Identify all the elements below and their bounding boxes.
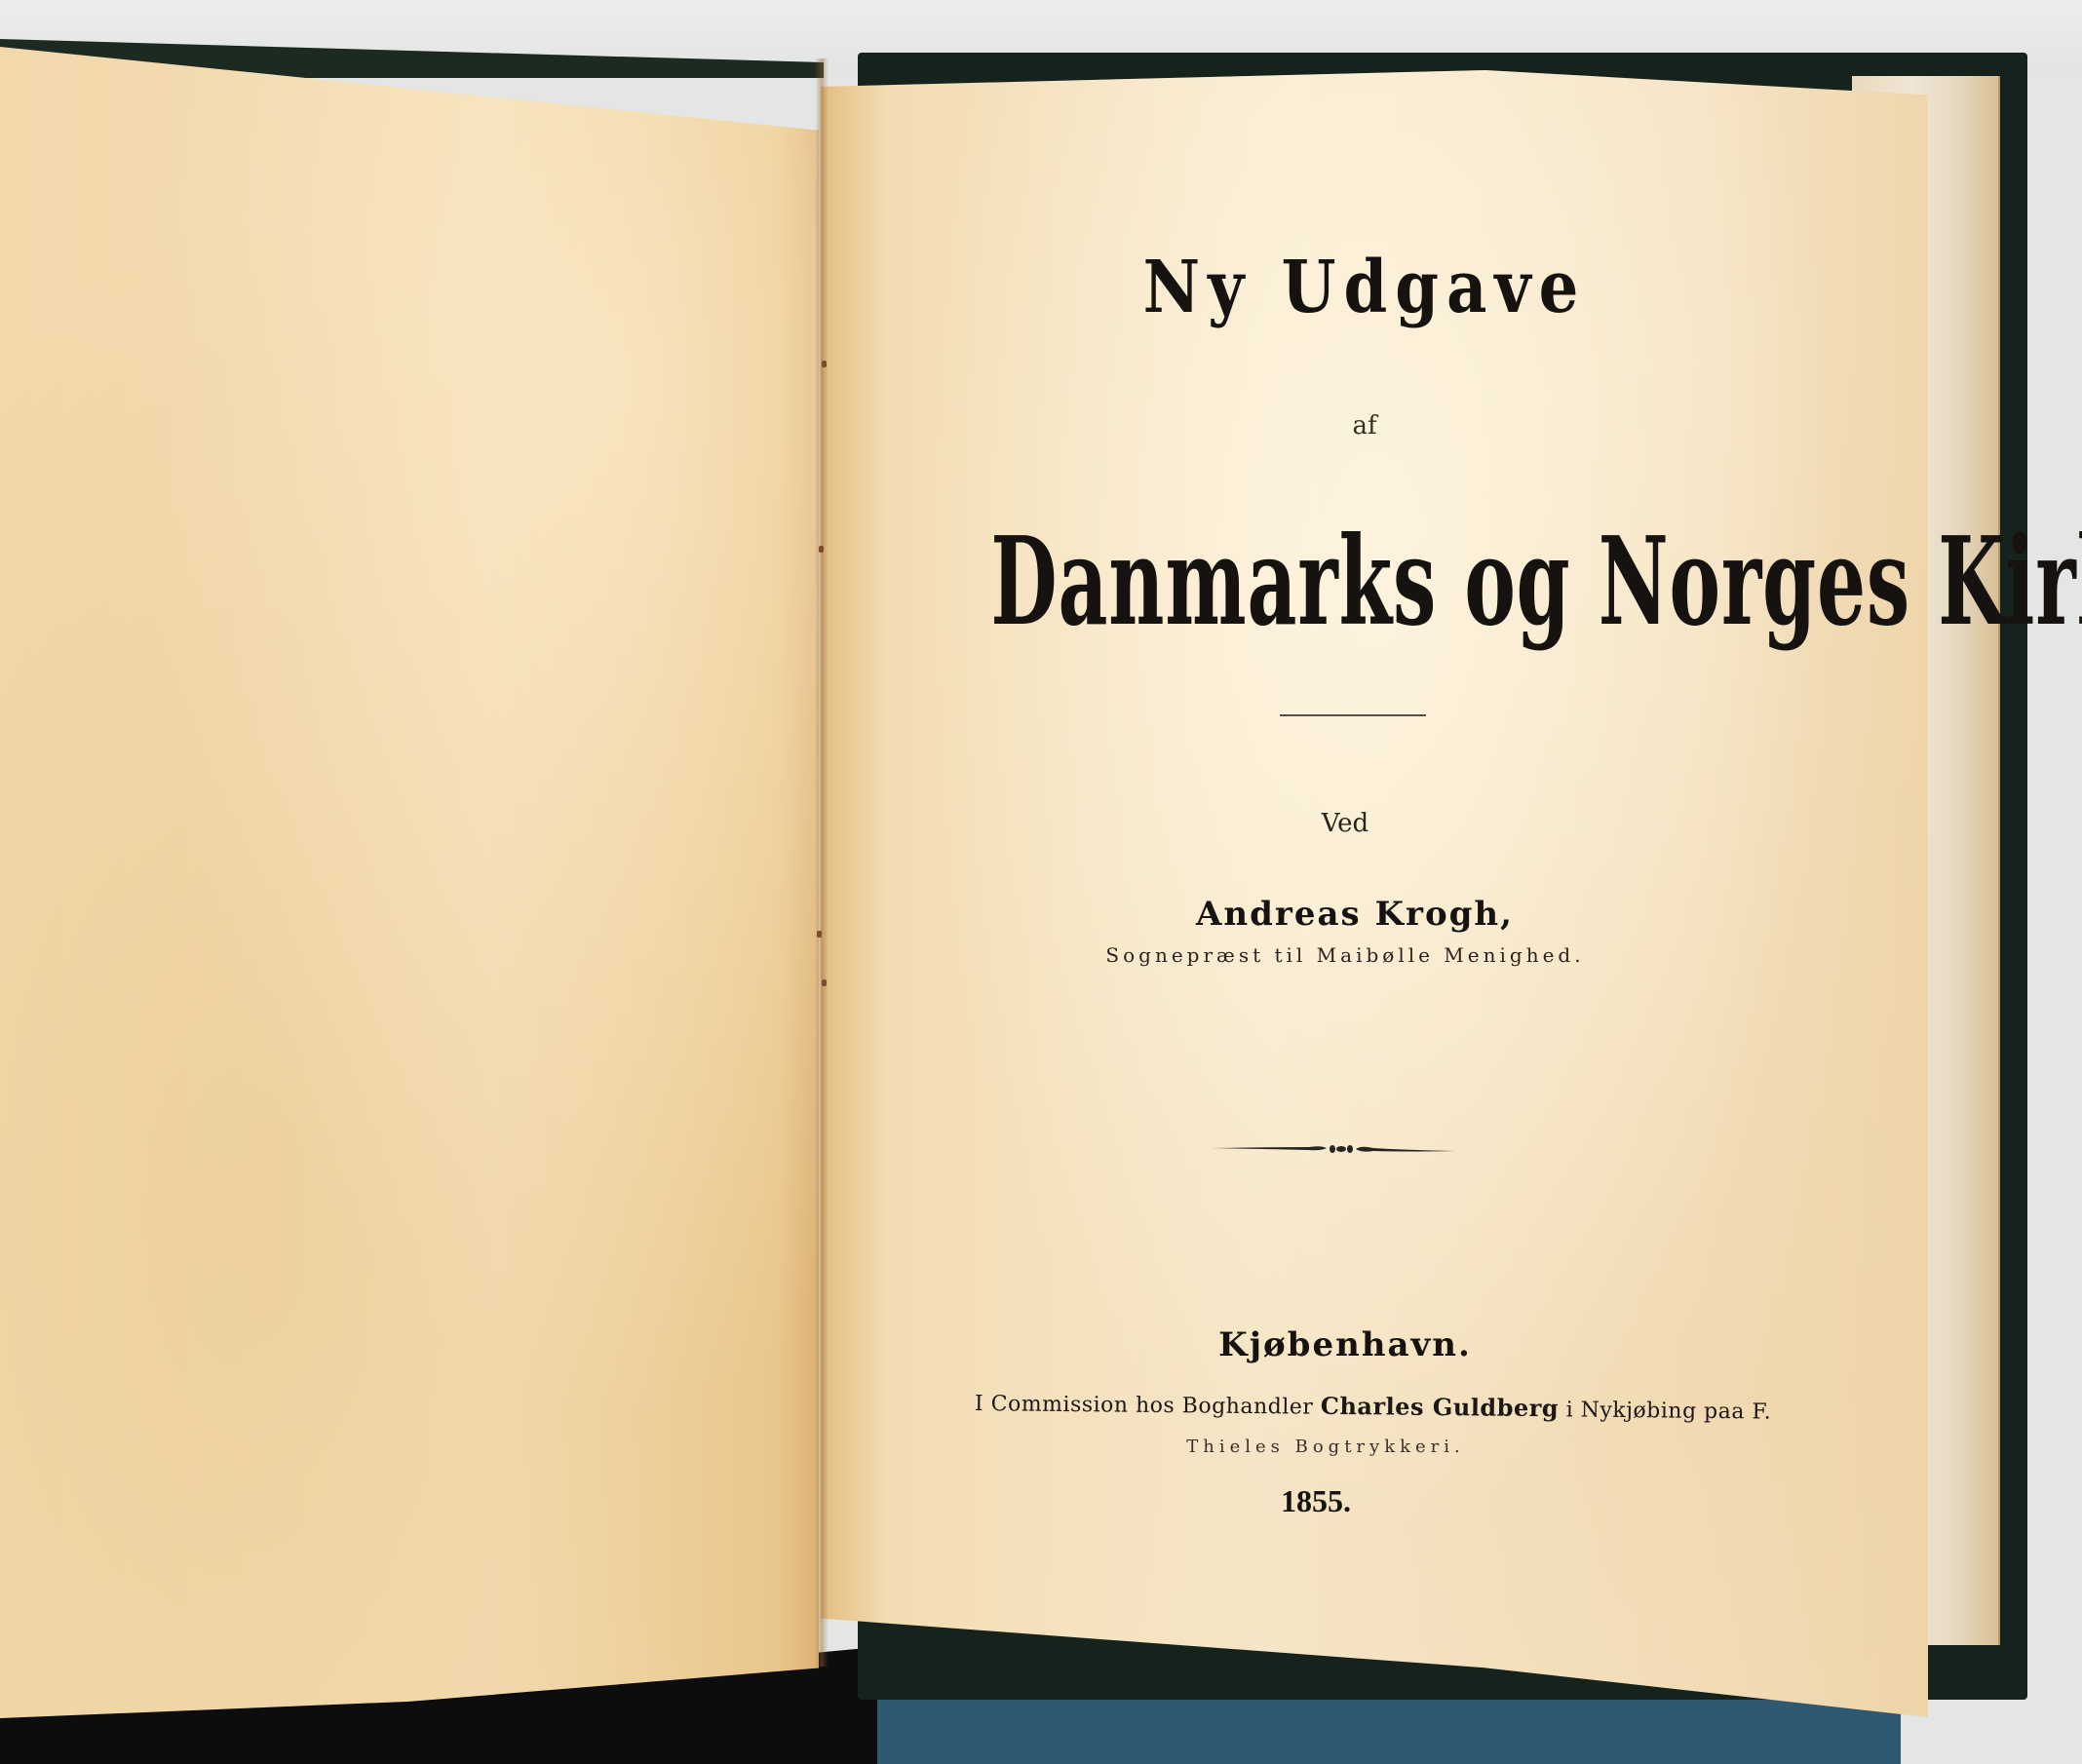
publication-city: Kjøbenhavn. <box>1170 1325 1521 1364</box>
left-page-blank <box>0 47 819 1718</box>
publication-year: 1855. <box>1218 1483 1413 1519</box>
thin-rule-divider <box>1280 714 1426 716</box>
binding-stitch <box>822 361 827 367</box>
ornamental-rule-icon <box>1212 1138 1455 1160</box>
binding-stitch <box>822 979 827 986</box>
book-title: Danmarks og Norges Kirkeritual. <box>990 510 1757 653</box>
book-gutter <box>815 58 829 1667</box>
binding-stitch <box>819 546 824 553</box>
binding-stitch <box>817 931 822 938</box>
publisher-name: Charles Guldberg <box>1321 1392 1560 1423</box>
commission-prefix: I Commission hos Boghandler <box>975 1392 1321 1420</box>
by-line: Ved <box>1267 809 1423 838</box>
author-role: Sognepræst til Maibølle Menighed. <box>1101 943 1589 967</box>
author-name: Andreas Krogh, <box>1170 895 1540 934</box>
title-line-ny-udgave: Ny Udgave <box>1121 246 1608 329</box>
commission-suffix: i Nykjøbing paa F. <box>1559 1398 1771 1424</box>
printer-line: Thieles Bogtrykkeri. <box>1170 1437 1482 1457</box>
title-line-af: af <box>1267 411 1462 441</box>
